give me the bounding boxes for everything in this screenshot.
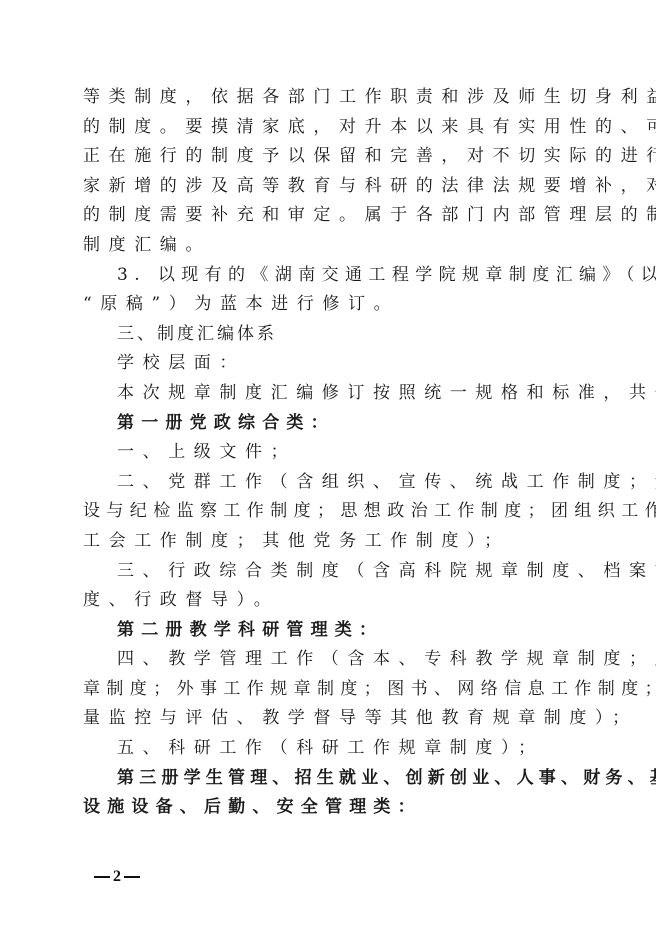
section-heading-compilation-system: 三、制度汇编体系 <box>83 320 577 350</box>
document-body: 等类制度，依据各部门工作职责和涉及师生切身利益的、全局性 的制度。要摸清家底，对… <box>83 83 577 823</box>
text-line: 二、党群工作（含组织、宣传、统战工作制度；党风廉政建 <box>83 468 577 498</box>
page-number-footer: 2 <box>91 868 143 886</box>
text-line: 的制度。要摸清家底，对升本以来具有实用性的、可操作性的、 <box>83 113 577 143</box>
volume-3-title: 第三册学生管理、招生就业、创新创业、人事、财务、基建、 设施设备、后勤、安全管理… <box>83 764 577 823</box>
document-page: 等类制度，依据各部门工作职责和涉及师生切身利益的、全局性 的制度。要摸清家底，对… <box>0 0 656 932</box>
text-line: 五、科研工作（科研工作规章制度）； <box>83 734 577 764</box>
text-line: 本次规章制度汇编修订按照统一规格和标准，共分三册： <box>83 379 577 409</box>
list-item-v1-2: 二、党群工作（含组织、宣传、统战工作制度；党风廉政建 设与纪检监察工作制度；思想… <box>83 468 577 557</box>
text-line: 章制度；外事工作规章制度；图书、网络信息工作制度；教学质 <box>83 675 577 705</box>
text-line: 家新增的涉及高等教育与科研的法律法规要增补，对具有前瞻性 <box>83 172 577 202</box>
dash-right <box>124 876 140 878</box>
text-line: 量监控与评估、教学督导等其他教育规章制度）； <box>83 704 577 734</box>
volume-2-title: 第二册教学科研管理类： <box>83 616 577 646</box>
list-item-v2-5: 五、科研工作（科研工作规章制度）； <box>83 734 577 764</box>
text-line: 度、行政督导）。 <box>83 586 577 616</box>
paragraph-scope-continuation: 等类制度，依据各部门工作职责和涉及师生切身利益的、全局性 的制度。要摸清家底，对… <box>83 83 577 261</box>
list-item-v1-3: 三、行政综合类制度（含高科院规章制度、档案管理工作制 度、行政督导）。 <box>83 557 577 616</box>
volume-heading: 第二册教学科研管理类： <box>83 616 577 646</box>
dash-left <box>94 876 110 878</box>
text-line: 学校层面： <box>83 349 577 379</box>
volume-heading: 设施设备、后勤、安全管理类： <box>83 793 577 823</box>
text-line: “原稿”）为蓝本进行修订。 <box>83 290 577 320</box>
volume-1-title: 第一册党政综合类： <box>83 409 577 439</box>
text-line: 一、上级文件； <box>83 438 577 468</box>
section-heading: 三、制度汇编体系 <box>83 320 577 350</box>
text-line: 正在施行的制度予以保留和完善，对不切实际的进行删除，对国 <box>83 142 577 172</box>
list-item-v2-4: 四、教学管理工作（含本、专科教学规章制度；成人教育规 章制度；外事工作规章制度；… <box>83 645 577 734</box>
volume-heading: 第一册党政综合类： <box>83 409 577 439</box>
text-line: 三、行政综合类制度（含高科院规章制度、档案管理工作制 <box>83 557 577 587</box>
text-line: 设与纪检监察工作制度；思想政治工作制度；团组织工作制度； <box>83 497 577 527</box>
paragraph-revision-intro: 本次规章制度汇编修订按照统一规格和标准，共分三册： <box>83 379 577 409</box>
paragraph-school-level: 学校层面： <box>83 349 577 379</box>
list-item-v1-1: 一、上级文件； <box>83 438 577 468</box>
text-line: 等类制度，依据各部门工作职责和涉及师生切身利益的、全局性 <box>83 83 577 113</box>
text-line: 3. 以现有的《湖南交通工程学院规章制度汇编》（以下简称 <box>83 261 577 291</box>
text-line: 四、教学管理工作（含本、专科教学规章制度；成人教育规 <box>83 645 577 675</box>
page-number: 2 <box>113 868 121 885</box>
text-line: 的制度需要补充和审定。属于各部门内部管理层的制度不纳入本 <box>83 201 577 231</box>
paragraph-item-3: 3. 以现有的《湖南交通工程学院规章制度汇编》（以下简称 “原稿”）为蓝本进行修… <box>83 261 577 320</box>
text-line: 工会工作制度；其他党务工作制度）； <box>83 527 577 557</box>
text-line: 制度汇编。 <box>83 231 577 261</box>
volume-heading: 第三册学生管理、招生就业、创新创业、人事、财务、基建、 <box>83 764 577 794</box>
